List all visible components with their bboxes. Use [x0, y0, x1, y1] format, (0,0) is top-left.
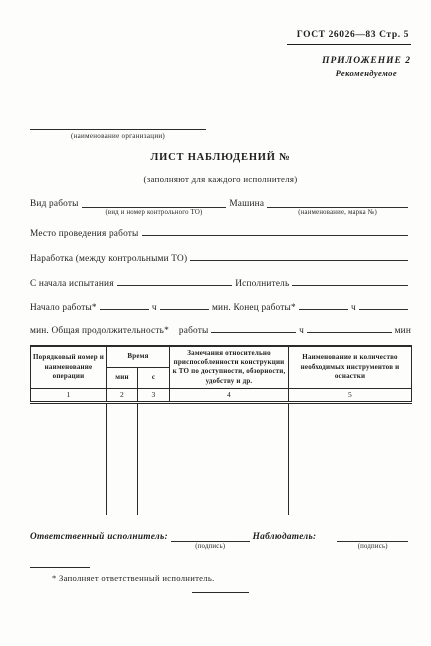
col-header-time-group: Время [107, 346, 170, 368]
form-title: ЛИСТ НАБЛЮДЕНИЙ № [30, 152, 411, 163]
end-hours-blank-line [299, 309, 348, 310]
body-cell-operation [31, 403, 107, 515]
place-label: Место проведения работы [30, 229, 139, 239]
col-header-tools: Наименование и количество необходимых ин… [289, 346, 412, 389]
col-header-operation: Порядковый номер и наименование операции [31, 346, 107, 389]
total-work-word: работы [179, 326, 209, 336]
end-work-label: мин. Конец работы* [212, 303, 296, 313]
annex-title: ПРИЛОЖЕНИЕ 2 [30, 56, 411, 66]
responsible-label: Ответственный исполнитель: [30, 532, 168, 542]
end-minutes-blank-line [359, 309, 408, 310]
col-header-min: мин [107, 367, 138, 388]
observer-signature-blank: (подпись) [337, 532, 408, 550]
operating-time-label: Наработка (между контрольными ТО) [30, 254, 187, 264]
place-blank-line [142, 235, 409, 236]
total-hours-blank-line [211, 332, 296, 333]
form-subtitle: (заполняют для каждого исполнителя) [30, 174, 411, 184]
machine-blank-line [267, 197, 408, 208]
total-duration-label: мин. Общая продолжительность* [30, 326, 169, 336]
machine-label: Машина [229, 197, 264, 209]
col-header-sec: с [138, 367, 170, 388]
body-cell-min [107, 403, 138, 515]
work-type-caption: (вид и номер контрольного ТО) [82, 209, 227, 216]
since-start-blank-line [117, 285, 233, 286]
page-content: ГОСТ 26026—83 Стр. 5 ПРИЛОЖЕНИЕ 2 Рекоме… [30, 0, 411, 593]
document-page: ГОСТ 26026—83 Стр. 5 ПРИЛОЖЕНИЕ 2 Рекоме… [0, 0, 431, 646]
col-number-2: 2 [107, 389, 138, 403]
col-header-remarks: Замечания относительно приспособленности… [170, 346, 289, 389]
observer-signature-line [337, 532, 408, 542]
executor-label: Исполнитель [235, 279, 289, 289]
end-of-page-rule [192, 592, 249, 593]
responsible-signature-caption: (подпись) [171, 543, 250, 550]
min-unit-label: мин [395, 326, 411, 336]
start-work-label: Начало работы* [30, 303, 97, 313]
total-minutes-blank-line [307, 332, 392, 333]
row-total-duration: мин. Общая продолжительность* работы ч м… [30, 326, 411, 336]
body-cell-tools [289, 403, 412, 515]
since-start-label: С начала испытания [30, 279, 114, 289]
footnote-separator [30, 567, 90, 568]
hour-unit-label-2: ч [351, 303, 356, 313]
col-number-3: 3 [138, 389, 170, 403]
doc-ref-row: ГОСТ 26026—83 Стр. 5 [30, 24, 411, 45]
organization-blank-line [30, 122, 206, 130]
table-body-row [31, 403, 412, 515]
footnote-text: * Заполняет ответственный исполнитель. [30, 573, 411, 583]
responsible-signature-blank: (подпись) [171, 532, 250, 550]
row-place: Место проведения работы [30, 229, 411, 239]
row-work-type: Вид работы (вид и номер контрольного ТО)… [30, 197, 411, 216]
start-minutes-blank-line [160, 309, 209, 310]
observer-label: Наблюдатель: [253, 532, 317, 542]
work-type-label: Вид работы [30, 197, 79, 209]
row-start-end: Начало работы* ч мин. Конец работы* ч [30, 303, 411, 313]
table-number-row: 1 2 3 4 5 [31, 389, 412, 403]
table-header-row-1: Порядковый номер и наименование операции… [31, 346, 412, 368]
start-hours-blank-line [100, 309, 149, 310]
responsible-signature-line [171, 532, 250, 542]
col-number-5: 5 [289, 389, 412, 403]
body-cell-remarks [170, 403, 289, 515]
executor-blank-line [292, 285, 408, 286]
col-number-4: 4 [170, 389, 289, 403]
col-number-1: 1 [31, 389, 107, 403]
annex-note: Рекомендуемое [30, 68, 411, 78]
organization-field: (наименование организации) [30, 122, 206, 140]
work-type-blank: (вид и номер контрольного ТО) [82, 197, 227, 216]
row-operating-time: Наработка (между контрольными ТО) [30, 254, 411, 264]
observer-signature-caption: (подпись) [337, 543, 408, 550]
signature-row: Ответственный исполнитель: (подпись) Наб… [30, 532, 411, 550]
work-type-blank-line [82, 197, 227, 208]
body-cell-sec [138, 403, 170, 515]
machine-caption: (наименование, марка №) [267, 209, 408, 216]
organization-caption: (наименование организации) [30, 132, 206, 140]
machine-blank: (наименование, марка №) [267, 197, 408, 216]
row-since-start: С начала испытания Исполнитель [30, 279, 411, 289]
observation-table: Порядковый номер и наименование операции… [30, 345, 412, 515]
hour-unit-label-1: ч [152, 303, 157, 313]
operating-time-blank-line [190, 260, 408, 261]
doc-reference: ГОСТ 26026—83 Стр. 5 [287, 30, 411, 45]
hour-unit-label-3: ч [299, 326, 304, 336]
